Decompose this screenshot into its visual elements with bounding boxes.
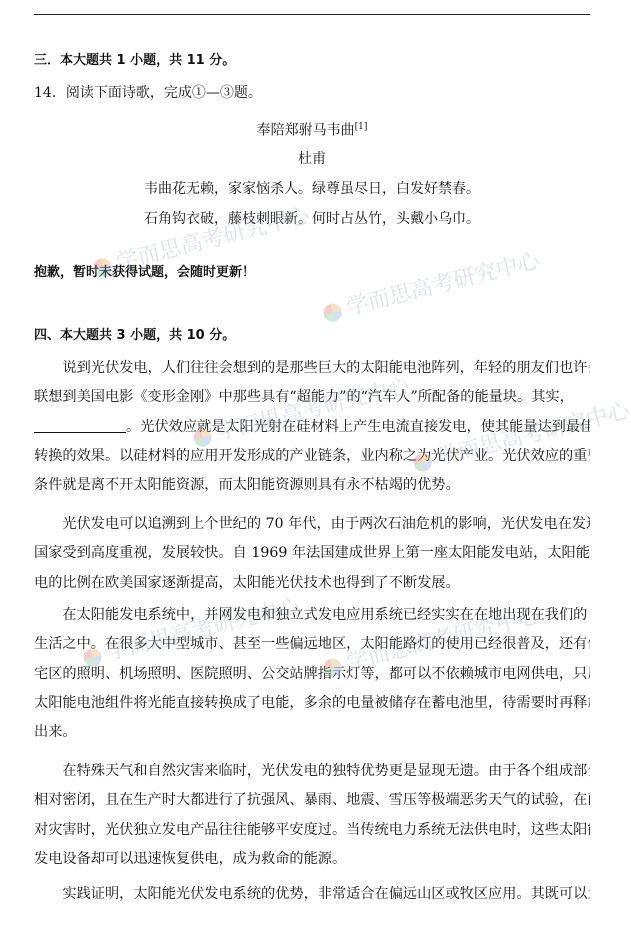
poem-footnote-mark: [1] <box>355 122 368 132</box>
passage-line: 实践证明，太阳能光伏发电系统的优势，非常适合在偏远山区或牧区应用。其既可以为 <box>34 880 590 909</box>
passage-line: 在太阳能发电系统中，并网发电和独立式发电应用系统已经实实在在地出现在我们的 <box>34 601 590 630</box>
passage-line-with-blank: 。光伏效应就是太阳光射在硅材料上产生电流直接发电，使其能量达到最佳 <box>34 413 590 442</box>
passage-line: 说到光伏发电，人们往往会想到的是那些巨大的太阳能电池阵列，年轻的朋友们也许会 <box>34 354 590 383</box>
poem-title-text: 奉陪郑驸马韦曲 <box>257 123 355 139</box>
question-14-prompt: 14．阅读下面诗歌，完成①—③题。 <box>34 84 262 102</box>
passage-line: 联想到美国电影《变形金刚》中那些具有“超能力”的“汽车人”所配备的能量块。其实， <box>34 383 590 412</box>
passage-line: 发电设备却可以迅速恢复供电，成为救命的能源。 <box>34 845 590 874</box>
unavailable-notice: 抱歉，暂时未获得试题，会随时更新！ <box>34 264 255 282</box>
passage-line: 宅区的照明、机场照明、医院照明、公交站牌指示灯等，都可以不依赖城市电网供电，只用 <box>34 660 590 689</box>
passage-line: 国家受到高度重视，发展较快。自 1969 年法国建成世界上第一座太阳能发电站，太… <box>34 539 590 568</box>
passage-line: 条件就是离不开太阳能资源，而太阳能资源则具有永不枯竭的优势。 <box>34 471 590 500</box>
passage-line: 光伏发电可以追溯到上个世纪的 70 年代，由于两次石油危机的影响，光伏发电在发达 <box>34 510 590 539</box>
passage-line: 出来。 <box>34 718 590 747</box>
passage-line: 相对密闭，且在生产时大都进行了抗强风、暴雨、地震、雪压等极端恶劣天气的试验，在面 <box>34 786 590 815</box>
passage-line: 电的比例在欧美国家逐渐提高，太阳能光伏技术也得到了不断发展。 <box>34 569 590 598</box>
passage-paragraph-4: 在特殊天气和自然灾害来临时，光伏发电的独特优势更是显现无遗。由于各个组成部分 相… <box>34 757 590 874</box>
watermark: 学而思高考研究中心 <box>320 244 543 328</box>
section-4-heading: 四、本大题共 3 小题，共 10 分。 <box>34 327 235 345</box>
passage-line-rest: 。光伏效应就是太阳光射在硅材料上产生电流直接发电，使其能量达到最佳 <box>126 419 590 435</box>
passage-paragraph-5: 实践证明，太阳能光伏发电系统的优势，非常适合在偏远山区或牧区应用。其既可以为 <box>34 880 590 909</box>
passage-line: 对灾害时，光伏独立发电产品往往能够平安度过。当传统电力系统无法供电时，这些太阳能 <box>34 816 590 845</box>
passage-paragraph-1: 说到光伏发电，人们往往会想到的是那些巨大的太阳能电池阵列，年轻的朋友们也许会 联… <box>34 354 590 500</box>
poem-line: 韦曲花无赖，家家恼杀人。绿尊虽尽日，白发好禁春。 <box>34 180 590 198</box>
passage-paragraph-2: 光伏发电可以追溯到上个世纪的 70 年代，由于两次石油危机的影响，光伏发电在发达… <box>34 510 590 598</box>
passage-line: 转换的效果。以硅材料的应用开发形成的产业链条，业内称之为光伏产业。光伏效应的重要 <box>34 442 590 471</box>
poem-title: 奉陪郑驸马韦曲[1] <box>34 118 590 140</box>
section-3-heading: 三．本大题共 1 小题，共 11 分。 <box>34 52 235 70</box>
poem-line: 石角钩衣破，藤枝刺眼新。何时占丛竹，头戴小乌巾。 <box>34 210 590 228</box>
top-rule <box>34 14 590 15</box>
passage-line: 在特殊天气和自然灾害来临时，光伏发电的独特优势更是显现无遗。由于各个组成部分 <box>34 757 590 786</box>
poem-author: 杜甫 <box>34 150 590 168</box>
passage-line: 太阳能电池组件将光能直接转换成了电能，多余的电量被储存在蓄电池里，待需要时再释放 <box>34 689 590 718</box>
passage-line: 生活之中。在很多大中型城市、甚至一些偏远地区，太阳能路灯的使用已经很普及，还有住 <box>34 630 590 659</box>
watermark-logo-icon <box>322 302 344 324</box>
fill-in-blank[interactable] <box>34 418 126 433</box>
passage-paragraph-3: 在太阳能发电系统中，并网发电和独立式发电应用系统已经实实在在地出现在我们的 生活… <box>34 601 590 747</box>
